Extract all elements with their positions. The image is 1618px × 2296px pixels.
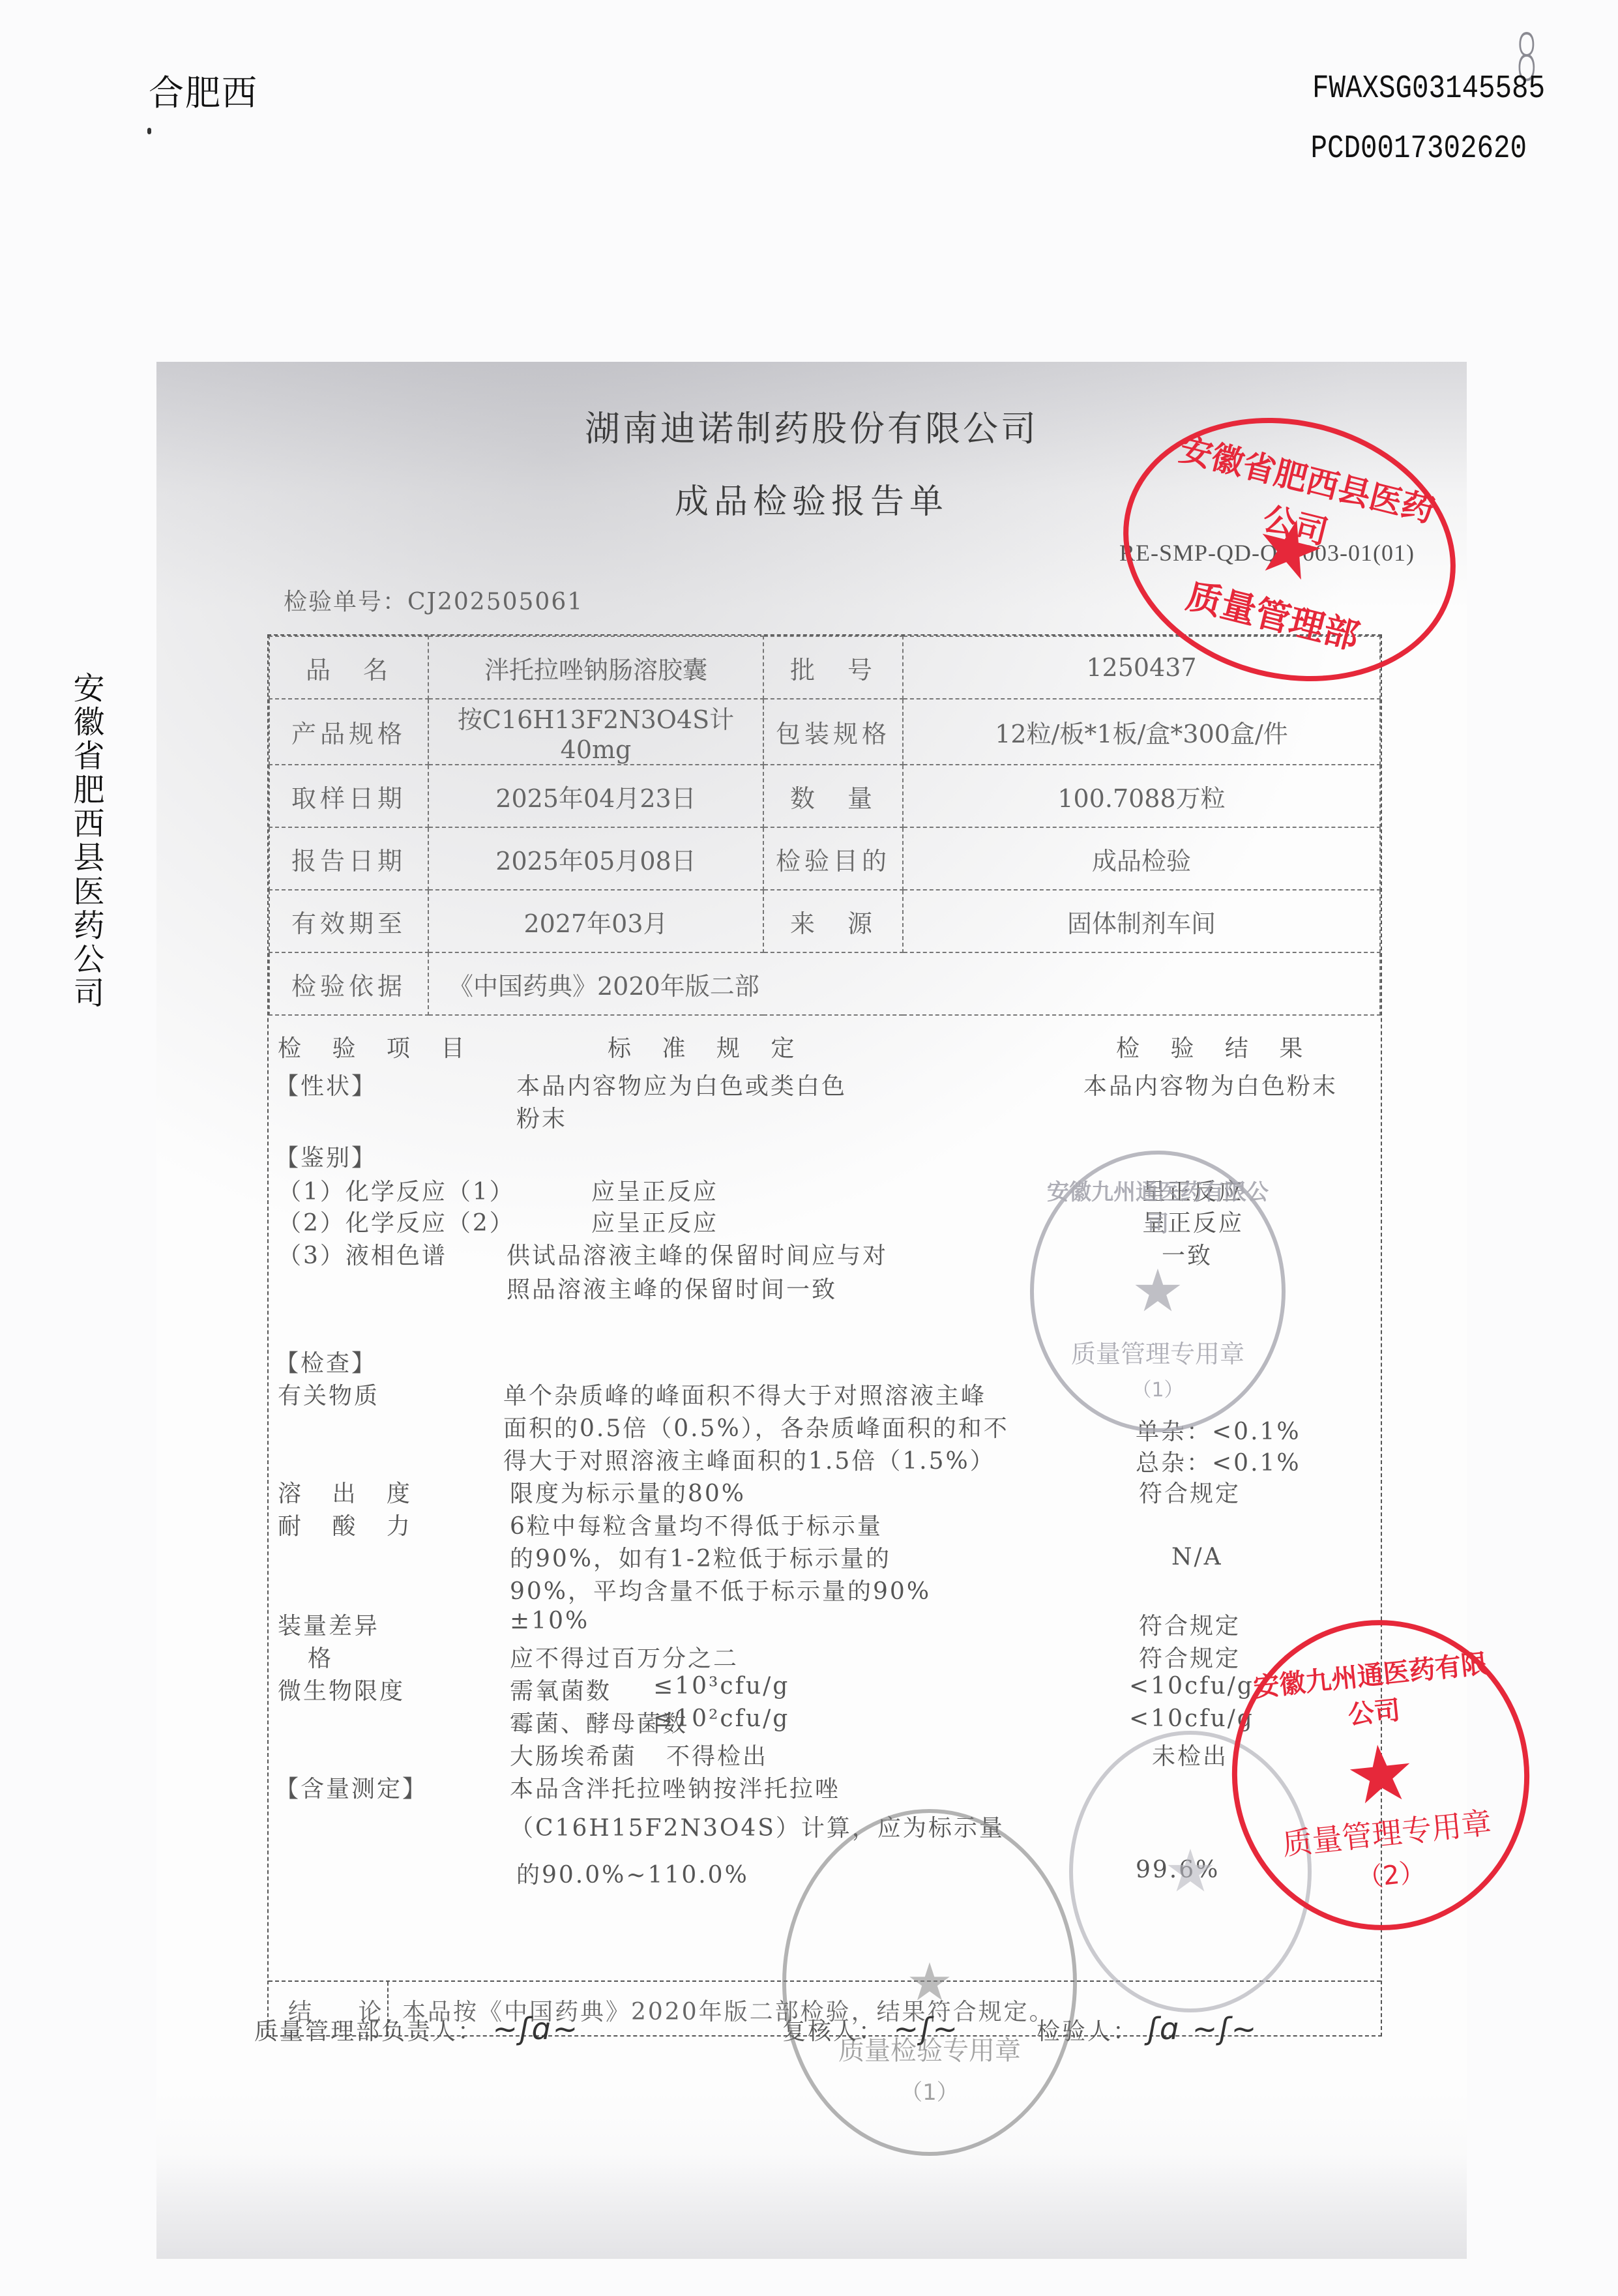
tracking-code-secondary: PCD0017302620 [1310,130,1527,168]
ecoli-name: 大肠埃希菌 [510,1738,637,1771]
mold-yeast-result: <10cfu/g [1129,1705,1254,1732]
side-company-name: 安徽省肥西县医药公司 [65,671,104,1010]
spec-label: 产品规格 [269,699,428,765]
basis-value: 《中国药典》2020年版二部 [428,952,1380,1015]
inspection-stamp-grey: ★ 质量检验专用章 （1） [782,1809,1077,2156]
product-name-value: 泮托拉唑钠肠溶胶囊 [428,636,763,699]
ecoli-standard: 不得检出 [666,1738,768,1771]
mold-yeast-standard: ≤10²cfu/g [653,1705,789,1732]
report-date-value: 2025年05月08日 [428,827,763,890]
source-label: 来 源 [763,890,903,952]
star-icon: ★ [1132,1262,1184,1321]
dissolution-result: 符合规定 [1139,1475,1241,1509]
assay-label: 【含量测定】 [275,1771,428,1804]
expiry-value: 2027年03月 [428,890,763,952]
column-header-item: 检 验 项 目 [278,1030,476,1063]
acid-resistance-label: 耐 酸 力 [278,1508,422,1541]
identification-label: 【鉴别】 [275,1140,377,1173]
table-row: 报告日期 2025年05月08日 检验目的 成品检验 [269,827,1380,890]
report-number: 检验单号：CJ202505061 [284,583,583,617]
star-icon: ★ [1342,1733,1420,1818]
product-name-label: 品 名 [269,636,428,699]
acid-standard-3: 90%，平均含量不低于标示量的90% [510,1573,931,1606]
report-sheet: 湖南迪诺制药股份有限公司 成品检验报告单 RE-SMP-QD-QC-003-01… [156,362,1467,2259]
qa-head-handwriting: ~ʃɑ~ [492,2011,580,2046]
dissolution-standard: 限度为标示量的80% [510,1475,746,1509]
appearance-label: 【性状】 [275,1068,377,1101]
ink-dot [147,128,151,134]
acid-standard-2: 的90%，如有1-2粒低于标示量的 [510,1540,891,1574]
expiry-label: 有效期至 [269,890,428,952]
report-number-label: 检验单号： [284,589,407,615]
appearance-standard-2: 粉末 [516,1100,567,1134]
lattice-result: 符合规定 [1139,1640,1241,1673]
stamp-index: （1） [1034,1374,1282,1402]
stamp-ring-text: 安徽九州通医药有限公司 [1245,1642,1499,1742]
purpose-label: 检验目的 [763,827,903,890]
quantity-value: 100.7088万粒 [903,765,1380,827]
aerobic-count-standard: ≤10³cfu/g [653,1673,789,1700]
acid-standard-1: 6粒中每粒含量均不得低于标示量 [510,1508,883,1541]
location-label: 合肥西 [149,65,258,115]
source-value: 固体制剂车间 [903,890,1380,952]
table-row: 有效期至 2027年03月 来 源 固体制剂车间 [269,890,1380,952]
microbial-limit-label: 微生物限度 [278,1673,405,1706]
column-header-standard: 标 准 规 定 [608,1030,806,1063]
stamp-inner-text: 质量检验专用章 [786,2030,1073,2067]
report-number-value: CJ202505061 [407,589,583,615]
acid-result: N/A [1171,1544,1223,1570]
id3-standard-2: 照品溶液主峰的保留时间一致 [507,1271,837,1304]
related-standard-2: 面积的0.5倍（0.5%），各杂质峰面积的和不 [503,1410,1009,1443]
quality-stamp-grey-1: ★ 安徽九州通医药有限公司 质量管理专用章 （1） [1030,1151,1286,1432]
id3-standard-1: 供试品溶液主峰的保留时间应与对 [507,1237,888,1271]
report-date-label: 报告日期 [269,827,428,890]
related-standard-3: 得大于对照溶液主峰面积的1.5倍（1.5%） [503,1443,995,1476]
appearance-result: 本品内容物为白色粉末 [1083,1068,1338,1101]
tracking-code-primary: FWAXSG03145585 [1312,70,1545,108]
related-substances-label: 有关物质 [278,1377,379,1411]
aerobic-count-result: <10cfu/g [1129,1673,1254,1700]
lattice-standard: 应不得过百万分之二 [510,1640,739,1673]
table-row: 检验依据 《中国药典》2020年版二部 [269,952,1380,1015]
spec-value: 按C16H13F2N3O4S计40mg [428,699,763,765]
column-header-result: 检 验 结 果 [1116,1030,1314,1063]
fill-variation-standard: ±10% [510,1608,589,1634]
table-row: 取样日期 2025年04月23日 数 量 100.7088万粒 [269,765,1380,827]
product-info-table: 品 名 泮托拉唑钠肠溶胶囊 批 号 1250437 产品规格 按C16H13F2… [269,636,1381,1016]
basis-label: 检验依据 [269,952,428,1015]
purpose-value: 成品检验 [903,827,1380,890]
batch-label: 批 号 [763,636,903,699]
inspector-handwriting: ʃɑ ~ʃ~ [1147,2011,1258,2046]
id2-standard: 应呈正反应 [591,1205,718,1238]
id1-standard: 应呈正反应 [591,1173,718,1207]
assay-standard-1: 本品含泮托拉唑钠按泮托拉唑 [510,1771,840,1804]
quantity-label: 数 量 [763,765,903,827]
pack-label: 包装规格 [763,699,903,765]
stamp-index: （1） [786,2074,1073,2106]
star-icon: ★ [906,1956,953,2009]
related-result-total: 总杂：<0.1% [1136,1445,1301,1478]
check-label: 【检查】 [275,1345,377,1378]
appearance-standard-1: 本品内容物应为白色或类白色 [516,1068,847,1101]
dissolution-label: 溶 出 度 [278,1475,422,1509]
pack-value: 12粒/板*1板/盒*300盒/件 [903,699,1380,765]
stamp-inner-text: 质量管理专用章 [1034,1334,1282,1370]
lattice-label: 格 [308,1640,333,1673]
star-icon: ★ [1164,1842,1217,1901]
stamp-ring-text: 安徽九州通医药有限公司 [1047,1174,1269,1238]
qa-head-label: 质量管理部负责人： [254,2018,483,2045]
qa-head-signature: 质量管理部负责人： ~ʃɑ~ [254,2011,580,2046]
id3-label: （3）液相色谱 [278,1237,447,1271]
fill-variation-label: 装量差异 [278,1608,379,1641]
fill-variation-result: 符合规定 [1139,1608,1241,1641]
id1-label: （1）化学反应（1） [278,1173,515,1207]
table-row: 产品规格 按C16H13F2N3O4S计40mg 包装规格 12粒/板*1板/盒… [269,699,1380,765]
id2-label: （2）化学反应（2） [278,1205,515,1238]
sample-date-label: 取样日期 [269,765,428,827]
aerobic-count-name: 需氧菌数 [510,1673,611,1706]
assay-standard-3: 的90.0%~110.0% [516,1857,749,1890]
sample-date-value: 2025年04月23日 [428,765,763,827]
related-standard-1: 单个杂质峰的峰面积不得大于对照溶液主峰 [503,1377,986,1411]
